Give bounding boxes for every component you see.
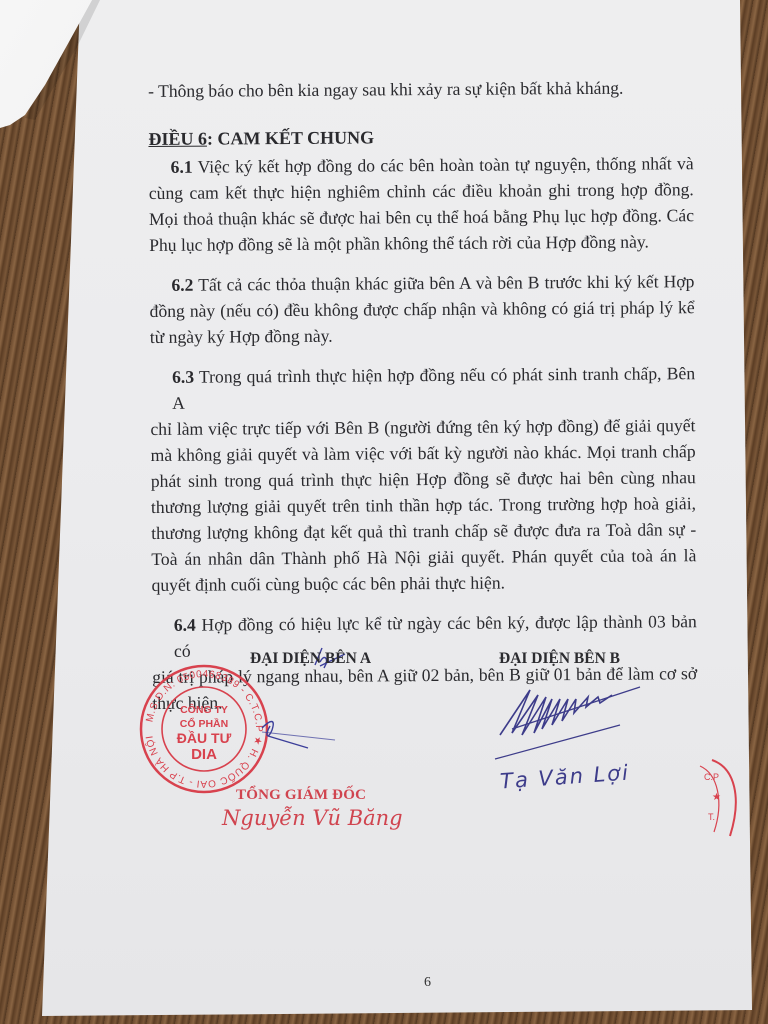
section-heading: ĐIỀU 6: CAM KẾT CHUNG <box>148 122 693 152</box>
clause-line: 6.3 Trong quá trình thực hiện hợp đồng n… <box>150 360 695 416</box>
stamp-line: ĐẦU TƯ <box>177 730 232 746</box>
svg-text:★: ★ <box>712 792 721 803</box>
clause-line: từ ngày ký Hợp đồng này. <box>150 320 695 350</box>
stamp-line: CÔNG TY <box>180 703 228 716</box>
clause-line: 6.2 Tất cả các thỏa thuận khác giữa bên … <box>149 268 694 298</box>
clause-line: đồng này (nếu có) đều không được chấp nh… <box>150 294 695 324</box>
signature-b-icon <box>490 685 660 765</box>
clause-line: Toà án nhân dân Thành phố Hà Nội giải qu… <box>151 542 696 572</box>
svg-text:C.P: C.P <box>704 772 719 782</box>
clause-list: 6.1 Việc ký kết hợp đồng do các bên hoàn… <box>149 150 698 716</box>
clause-line: cùng cam kết thực hiện nghiêm chỉnh các … <box>149 176 694 206</box>
clause-line: mà không giải quyết và làm việc với bất … <box>151 438 696 468</box>
page-number: 6 <box>424 975 431 991</box>
clause-line: Phụ lục hợp đồng sẽ là một phần không th… <box>149 228 694 258</box>
party-a-title: ĐẠI DIỆN BÊN A <box>250 650 371 668</box>
clause-line: 6.1 Việc ký kết hợp đồng do các bên hoàn… <box>149 150 694 180</box>
stamp-line: DIA <box>191 746 217 763</box>
party-a-role: TỔNG GIÁM ĐỐC <box>236 787 366 803</box>
clause-line: chỉ làm việc trực tiếp với Bên B (người … <box>150 412 695 442</box>
clause-6-2: 6.2 Tất cả các thỏa thuận khác giữa bên … <box>149 268 695 350</box>
party-b-title: ĐẠI DIỆN BÊN B <box>499 650 620 668</box>
party-a-name: Nguyễn Vũ Băng <box>222 806 403 830</box>
clause-number: 6.1 <box>171 157 193 177</box>
clause-line: phát sinh trong quá trình thực hiện Hợp … <box>151 464 696 494</box>
clause-number: 6.2 <box>171 275 193 295</box>
stamp-line: CỔ PHẦN <box>180 717 228 730</box>
document-body: - Thông báo cho bên kia ngay sau khi xảy… <box>148 74 697 716</box>
clause-6-1: 6.1 Việc ký kết hợp đồng do các bên hoàn… <box>149 150 695 258</box>
intro-line: - Thông báo cho bên kia ngay sau khi xảy… <box>148 74 693 104</box>
section-number: ĐIỀU 6 <box>148 129 207 149</box>
clause-6-3: 6.3 Trong quá trình thực hiện hợp đồng n… <box>150 360 697 598</box>
clause-line: Mọi thoả thuận khác sẽ được hai bên cụ t… <box>149 202 694 232</box>
clause-number: 6.3 <box>172 367 194 387</box>
section-title: : CAM KẾT CHUNG <box>207 127 374 148</box>
partial-stamp: C.P ★ T. <box>690 758 750 838</box>
svg-text:T.: T. <box>708 812 715 822</box>
clause-line: thương lượng giải quyết trên tinh thần h… <box>151 490 696 520</box>
clause-line: quyết định cuối cùng buộc các bên phải t… <box>151 568 696 598</box>
clause-line: thương lượng không đạt kết quả thì tranh… <box>151 516 696 546</box>
clause-number: 6.4 <box>174 615 196 635</box>
